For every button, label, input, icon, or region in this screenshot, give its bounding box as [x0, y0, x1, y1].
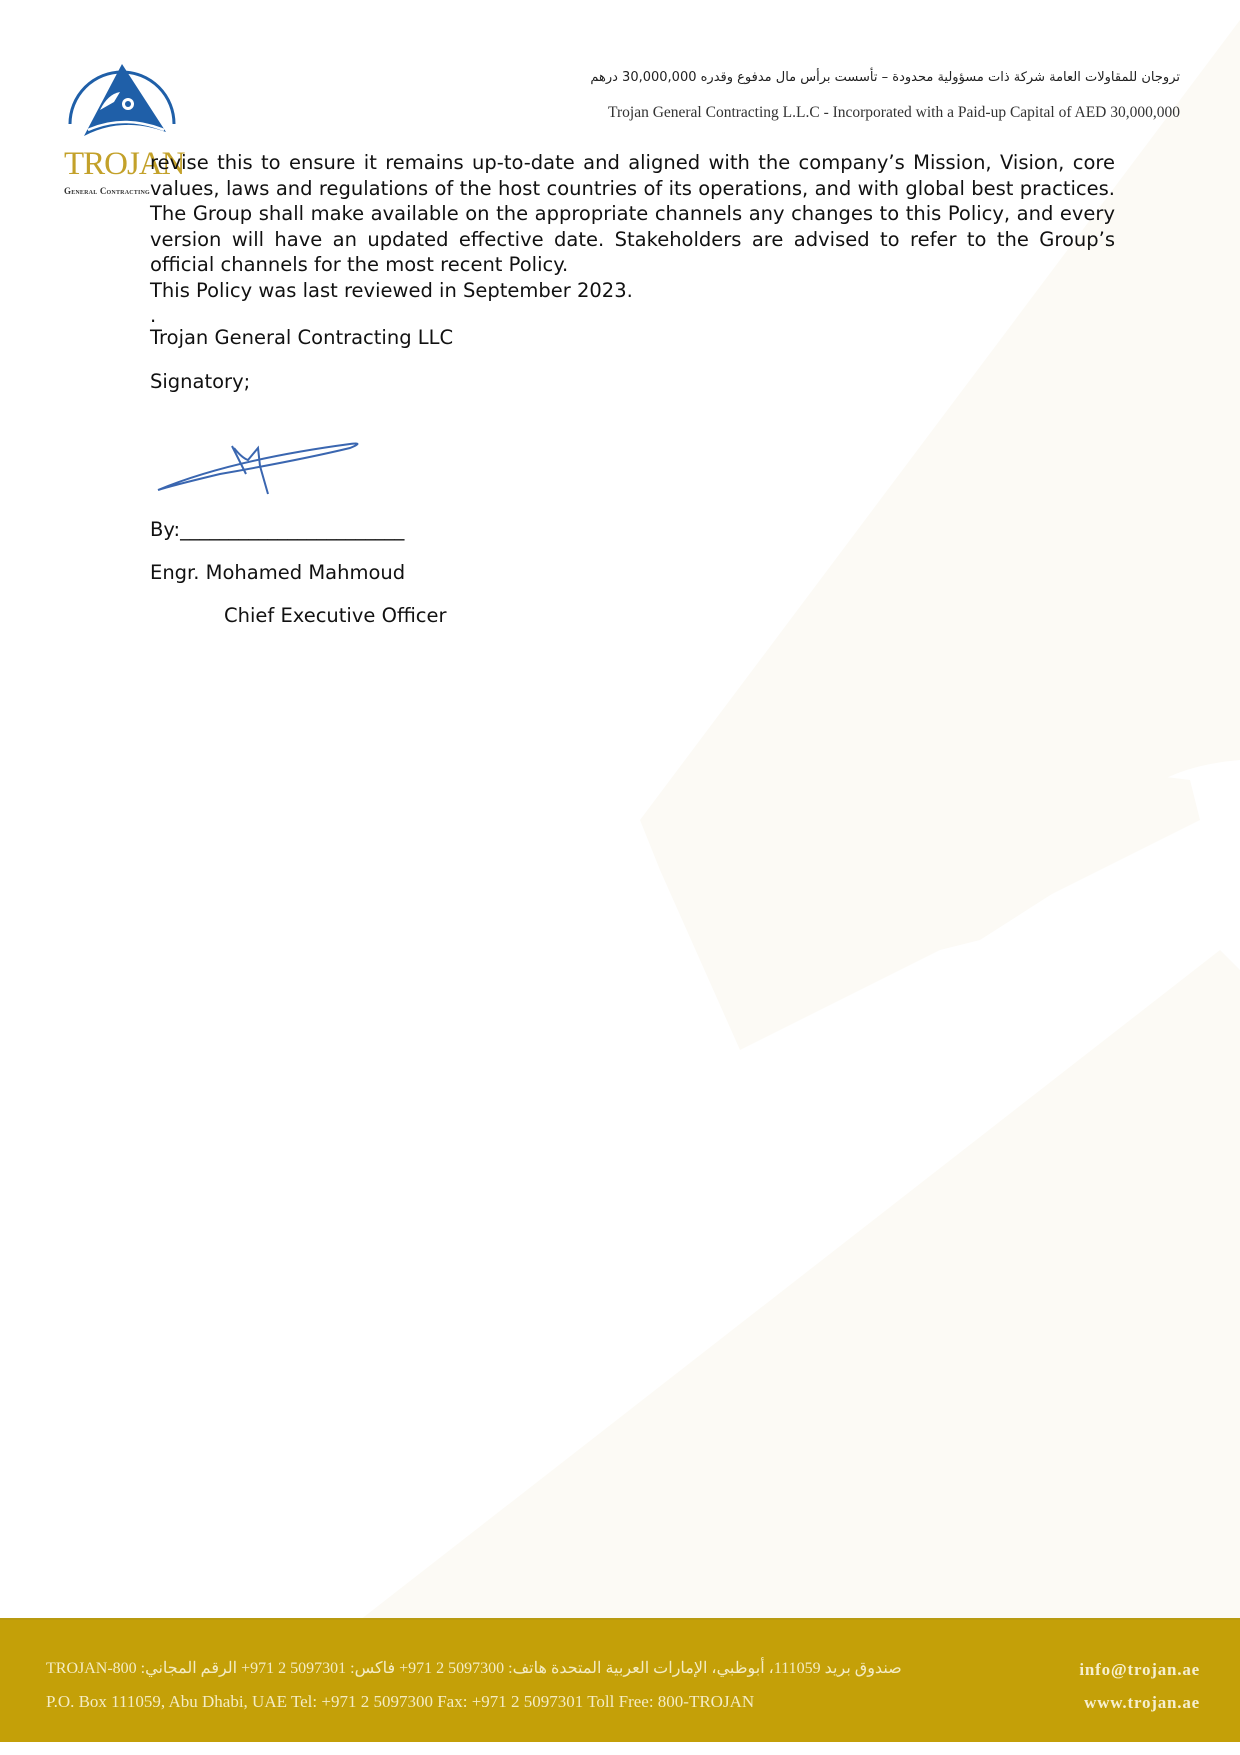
review-date-line: This Policy was last reviewed in Septemb…: [150, 278, 1115, 304]
header-arabic-line: تروجان للمقاولات العامة شركة ذات مسؤولية…: [590, 70, 1180, 85]
footer-email-link[interactable]: info@trojan.ae: [1079, 1660, 1200, 1680]
signer-title: Chief Executive Officer: [224, 604, 447, 627]
footer-website-link[interactable]: www.trojan.ae: [1084, 1693, 1200, 1713]
footer-english-address: P.O. Box 111059, Abu Dhabi, UAE Tel: +97…: [46, 1692, 754, 1712]
policy-body: revise this to ensure it remains up-to-d…: [150, 150, 1115, 329]
header-english-line: Trojan General Contracting L.L.C - Incor…: [608, 104, 1180, 122]
by-signature-line: By:_______________________: [150, 518, 404, 541]
policy-paragraph: revise this to ensure it remains up-to-d…: [150, 150, 1115, 278]
footer-band: صندوق بريد 111059، أبوظبي، الإمارات العر…: [0, 1618, 1240, 1742]
trojan-horse-logo-icon: [62, 52, 182, 152]
logo-subtitle: General Contracting: [64, 186, 150, 196]
footer-arabic-address: صندوق بريد 111059، أبوظبي، الإمارات العر…: [46, 1658, 902, 1678]
company-name: Trojan General Contracting LLC: [150, 326, 453, 349]
handwritten-signature-icon: [150, 430, 370, 500]
separator-dot: .: [150, 303, 1115, 329]
signatory-label: Signatory;: [150, 370, 250, 393]
signer-name: Engr. Mohamed Mahmoud: [150, 561, 405, 584]
